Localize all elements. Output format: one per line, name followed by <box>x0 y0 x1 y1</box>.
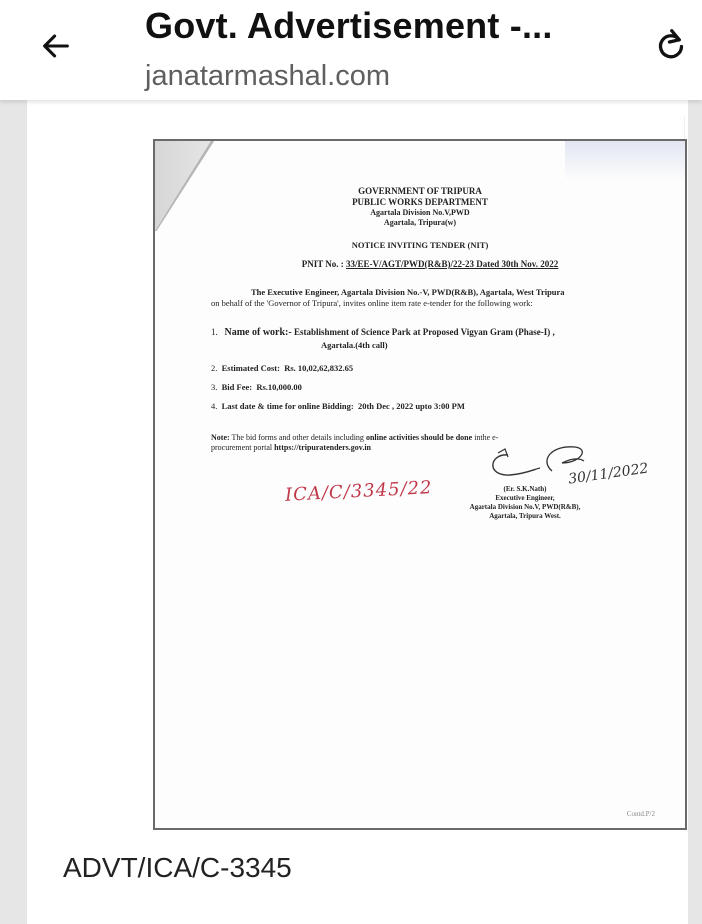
page-title: Govt. Advertisement -... <box>145 5 615 47</box>
item-1: 1. Name of work:- Establishment of Scien… <box>211 327 555 338</box>
right-margin <box>688 100 702 924</box>
note-line: Note: The bid forms and other details in… <box>211 433 498 442</box>
item-3: 3. Bid Fee: Rs.10,000.00 <box>211 382 302 392</box>
signer-line: Agartala, Tripura West. <box>445 512 605 520</box>
doc-header-line: Agartala, Tripura(w) <box>155 218 685 227</box>
pnit-number: PNIT No. : 33/EE-V/AGT/PWD(R&B)/22-23 Da… <box>165 259 687 269</box>
doc-header-line: GOVERNMENT OF TRIPURA <box>155 186 685 196</box>
refresh-icon <box>653 25 689 65</box>
intro-line: The Executive Engineer, Agartala Divisio… <box>251 287 565 297</box>
content-card: GOVERNMENT OF TRIPURA PUBLIC WORKS DEPAR… <box>27 100 688 924</box>
item-1-cont: Agartala.(4th call) <box>321 340 388 350</box>
doc-header-line: Agartala Division No.V,PWD <box>155 208 685 217</box>
page-domain: janatarmashal.com <box>145 60 390 93</box>
refresh-button[interactable] <box>648 22 694 68</box>
top-app-bar: Govt. Advertisement -... janatarmashal.c… <box>0 0 702 100</box>
pnit-label: PNIT No. : <box>302 259 346 269</box>
item-4: 4. Last date & time for online Bidding: … <box>211 401 465 411</box>
tender-notice-document: GOVERNMENT OF TRIPURA PUBLIC WORKS DEPAR… <box>153 139 687 830</box>
handwritten-reference: ICA/C/3345/22 <box>285 477 433 506</box>
signer-line: Agartala Division No.V, PWD(R&B), <box>445 503 605 511</box>
back-button[interactable] <box>34 24 78 68</box>
advertisement-image[interactable]: GOVERNMENT OF TRIPURA PUBLIC WORKS DEPAR… <box>91 116 685 831</box>
note-line: procurement portal https://tripuratender… <box>211 443 371 452</box>
signer-line: (Er. S.K.Nath) <box>445 485 605 493</box>
scan-shade <box>565 141 685 181</box>
arrow-left-icon <box>39 29 73 63</box>
intro-line: on behalf of the 'Governor of Tripura', … <box>211 298 533 308</box>
doc-header-line: PUBLIC WORKS DEPARTMENT <box>155 197 685 207</box>
image-caption: ADVT/ICA/C-3345 <box>63 852 292 884</box>
notice-title: NOTICE INVITING TENDER (NIT) <box>155 240 685 250</box>
signer-line: Executive Engineer, <box>445 494 605 502</box>
pnit-value: 33/EE-V/AGT/PWD(R&B)/22-23 Dated 30th No… <box>346 259 558 269</box>
item-2: 2. Estimated Cost: Rs. 10,02,62,832.65 <box>211 363 353 373</box>
continued-note: Contd.P/2 <box>627 810 655 818</box>
